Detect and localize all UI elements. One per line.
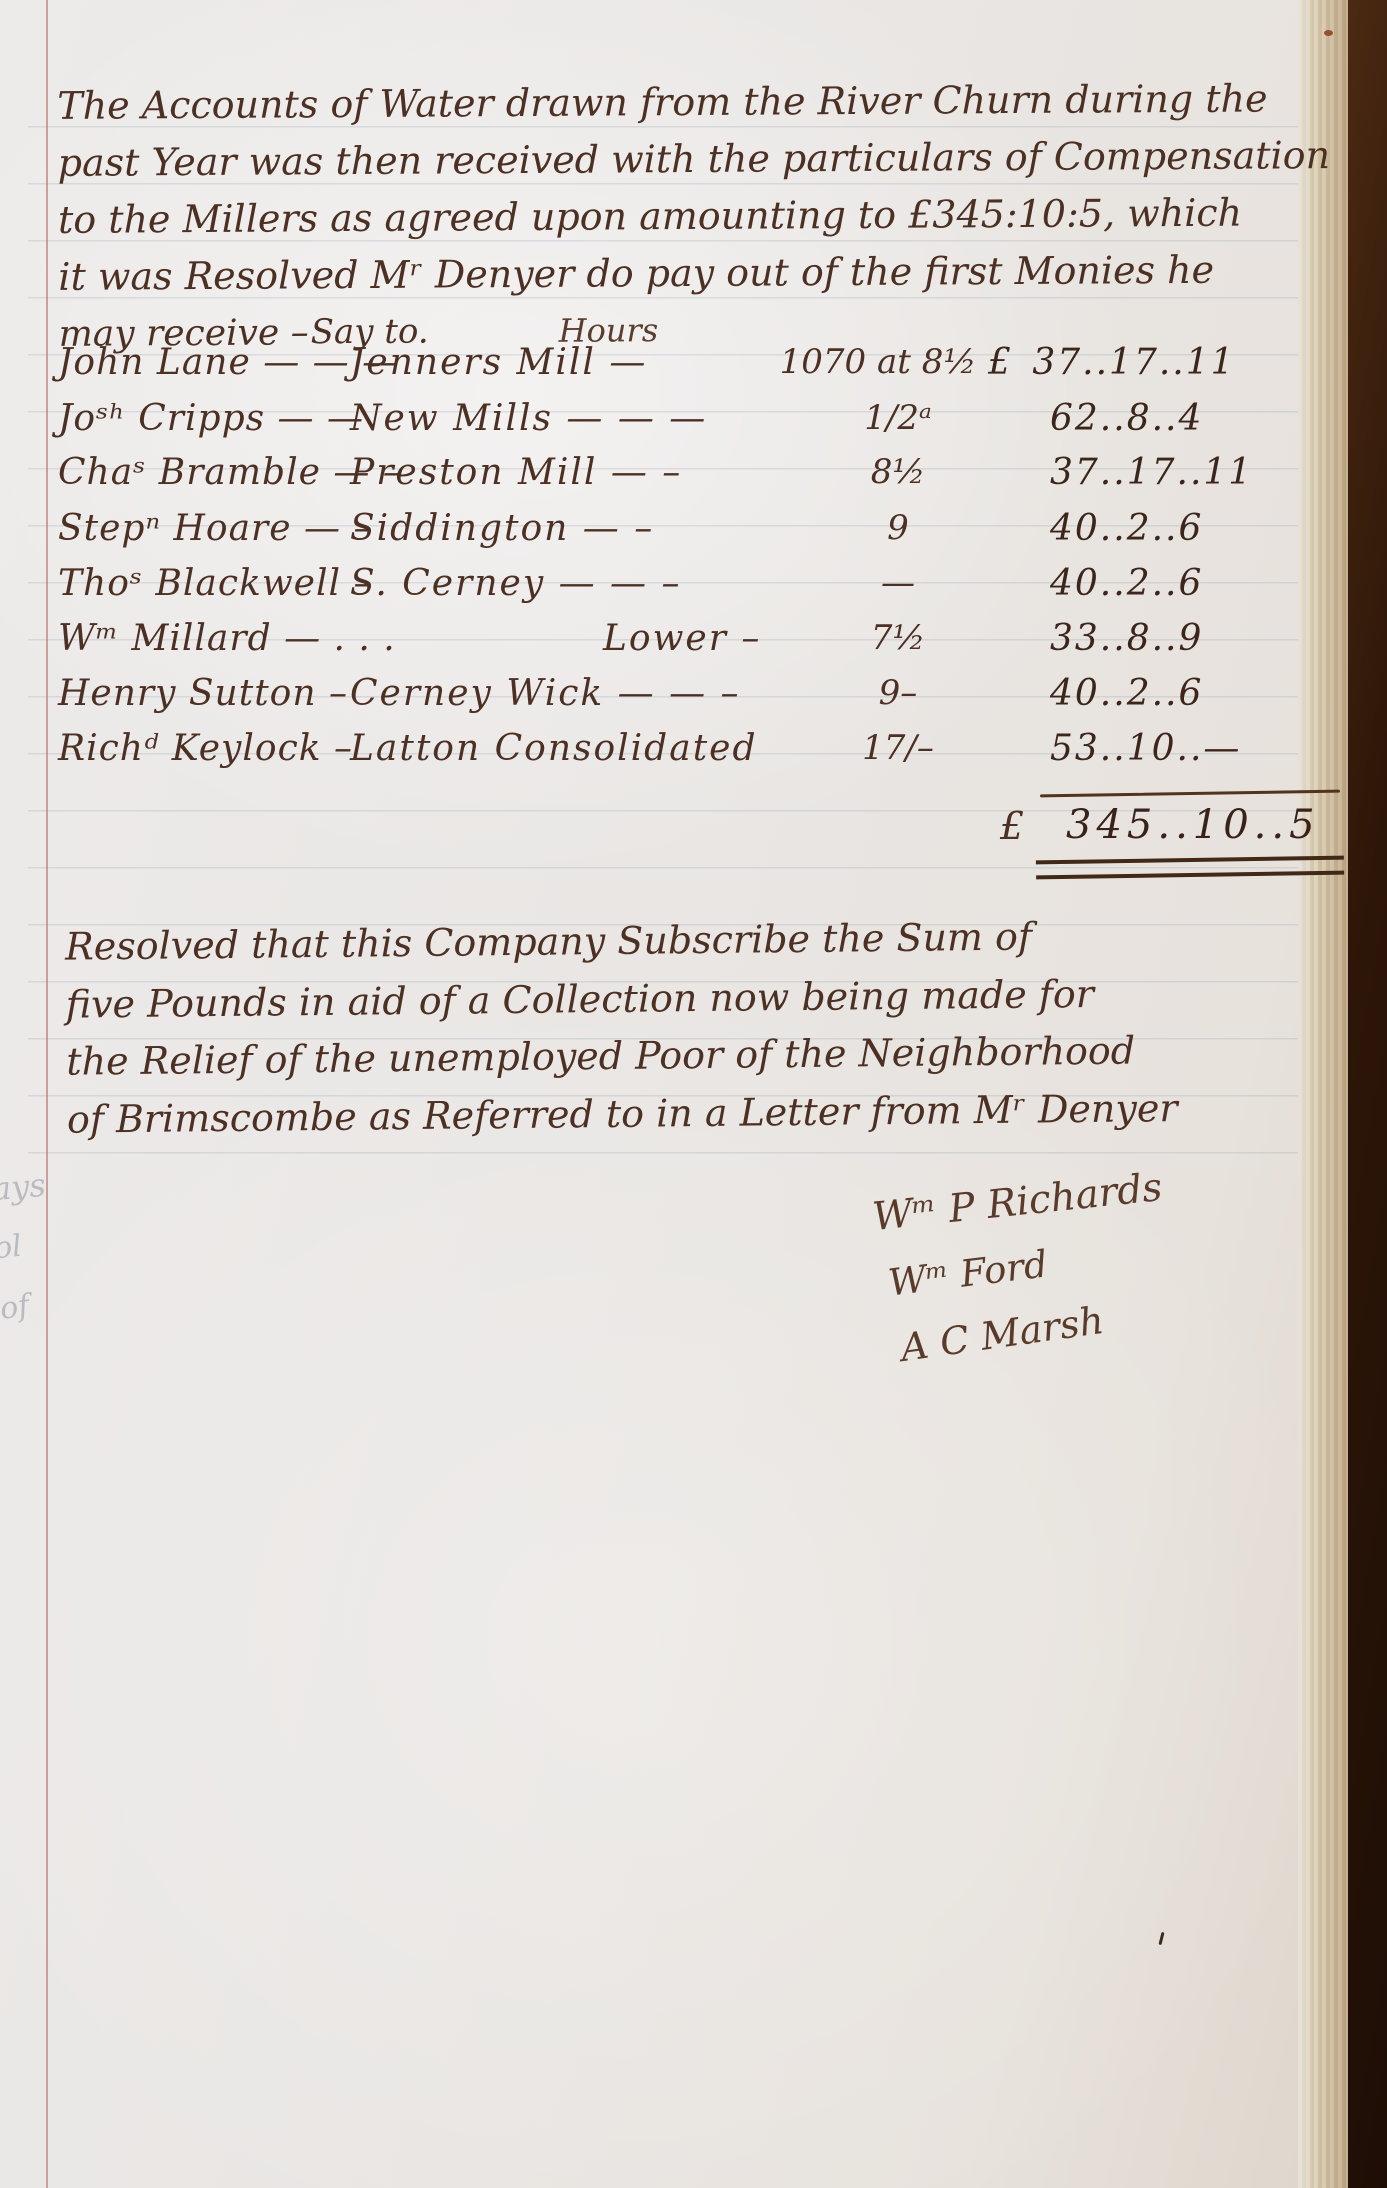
mill-place: Siddington — – xyxy=(350,508,654,549)
amount-value: 33..8..9 xyxy=(1050,618,1203,659)
amount-value: 40..2..6 xyxy=(1050,673,1203,714)
hours-value: 7½ xyxy=(798,618,998,658)
total-pound-symbol: £ xyxy=(1000,804,1024,848)
table-row: Richᵈ Keylock – Latton Consolidated 17/–… xyxy=(58,728,1343,785)
hours-value: 17/– xyxy=(798,728,998,768)
amount-value: 40..2..6 xyxy=(1050,508,1203,549)
mill-place: Cerney Wick — — – xyxy=(350,673,741,714)
minute-book-photo: The Accounts of Water drawn from the Riv… xyxy=(0,0,1387,2188)
paragraph-line: to the Millers as agreed upon amounting … xyxy=(58,184,1318,249)
miller-name: Stepⁿ Hoare — – xyxy=(58,508,372,549)
amount-value: 62..8..4 xyxy=(1050,398,1203,439)
mill-place: S. Cerney — — – xyxy=(350,563,681,604)
miller-name: Wᵐ Millard — . . . xyxy=(58,618,396,659)
hours-value: 9 xyxy=(798,508,998,548)
table-row: Henry Sutton – Cerney Wick — — – 9– 40..… xyxy=(58,673,1343,730)
paragraph-line: The Accounts of Water drawn from the Riv… xyxy=(57,70,1317,135)
table-row: Wᵐ Millard — . . . Lower – 7½ 33..8..9 xyxy=(58,618,1343,675)
table-row: Chaˢ Bramble — – Preston Mill — – 8½ 37.… xyxy=(58,452,1343,509)
mill-place: New Mills — — — xyxy=(350,398,707,439)
paragraph-line: it was Resolved Mʳ Denyer do pay out of … xyxy=(58,241,1318,306)
miller-name: Richᵈ Keylock – xyxy=(58,728,353,769)
show-through-text: ays xyxy=(0,1166,47,1209)
hours-value: — xyxy=(798,563,998,603)
total-amount: 345..10..5 xyxy=(1066,802,1320,848)
paragraph-line: past Year was then received with the par… xyxy=(57,127,1317,192)
miller-name: Thoˢ Blackwell – xyxy=(58,563,372,604)
miller-name: John Lane — — — xyxy=(58,342,399,383)
opening-paragraph: The Accounts of Water drawn from the Riv… xyxy=(57,70,1319,363)
table-row: John Lane — — — Jenners Mill — 1070 at 8… xyxy=(58,342,1343,399)
hours-value: 9– xyxy=(798,673,998,713)
amount-value: £ 37..17..11 xyxy=(988,342,1236,383)
miller-name: Joˢʰ Cripps — — xyxy=(58,398,364,439)
show-through-text: of xyxy=(0,1288,31,1327)
mill-place: Latton Consolidated xyxy=(350,728,758,769)
mill-place: Lower – xyxy=(603,618,761,659)
amount-value: 37..17..11 xyxy=(1050,452,1253,493)
hours-value: 1/2ᵃ xyxy=(798,398,998,438)
table-row: Joˢʰ Cripps — — New Mills — — — 1/2ᵃ 62.… xyxy=(58,398,1343,455)
book-cover-edge xyxy=(1348,0,1387,2188)
mill-place: Preston Mill — – xyxy=(350,452,682,493)
red-margin-line xyxy=(46,0,48,2188)
show-through-text: ol xyxy=(0,1229,23,1267)
amount-value: 53..10..— xyxy=(1050,728,1241,769)
amount-value: 40..2..6 xyxy=(1050,563,1203,604)
resolution-paragraph: Resolved that this Company Subscribe the… xyxy=(65,905,1337,1148)
mill-place: Jenners Mill — xyxy=(350,342,647,383)
table-row: Stepⁿ Hoare — – Siddington — – 9 40..2..… xyxy=(58,508,1343,565)
table-row: Thoˢ Blackwell – S. Cerney — — – — 40..2… xyxy=(58,563,1343,620)
ink-blot xyxy=(1324,30,1333,36)
hours-value: 8½ xyxy=(798,452,998,492)
miller-name: Henry Sutton – xyxy=(58,673,348,714)
